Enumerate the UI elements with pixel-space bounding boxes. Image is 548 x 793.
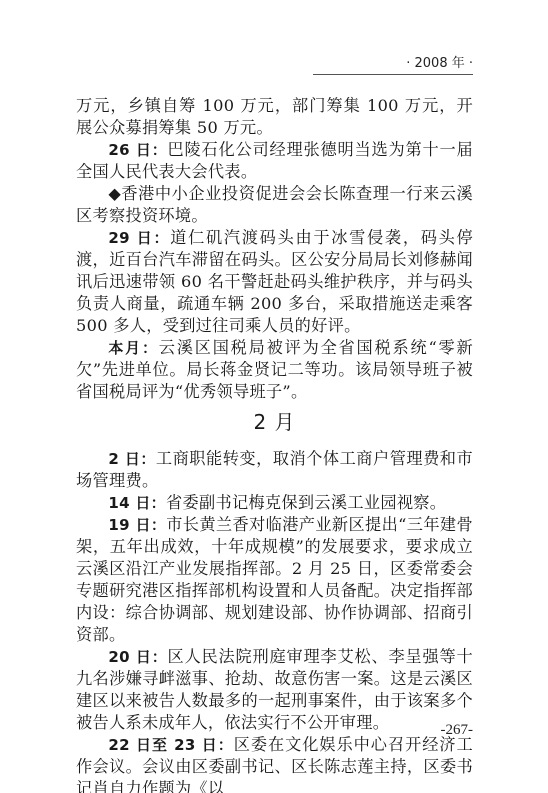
entry-date: 本月： bbox=[108, 339, 158, 357]
entry-date: 22 日至 23 日： bbox=[108, 736, 233, 754]
entry-text: 省委副书记梅克保到云溪工业园视察。 bbox=[166, 493, 446, 512]
entry-jan-26-hk: ◆香港中小企业投资促进会会长陈查理一行来云溪区考察投资环境。 bbox=[76, 183, 473, 227]
running-header: · 2008 年 · bbox=[313, 52, 473, 71]
page-body: 万元，乡镇自筹 100 万元，部门筹集 100 万元，开展公众募捐筹集 50 万… bbox=[76, 95, 473, 793]
entry-date: 14 日： bbox=[108, 494, 166, 512]
month-heading-february: 2 月 bbox=[76, 411, 473, 433]
entry-date: 26 日： bbox=[108, 141, 167, 159]
entry-feb-22-23: 22 日至 23 日：区委在文化娱乐中心召开经济工作会议。会议由区委副书记、区长… bbox=[76, 734, 473, 793]
entry-date: 19 日： bbox=[108, 516, 166, 534]
entry-jan-month: 本月：云溪区国税局被评为全省国税系统“零新欠”先进单位。局长蒋金贤记二等功。该局… bbox=[76, 337, 473, 403]
entry-feb-19: 19 日：市长黄兰香对临港产业新区提出“三年建骨架，五年出成效，十年成规模”的发… bbox=[76, 514, 473, 646]
entry-jan-26: 26 日：巴陵石化公司经理张德明当选为第十一届全国人民代表大会代表。 bbox=[76, 139, 473, 183]
entry-text: ◆香港中小企业投资促进会会长陈查理一行来云溪区考察投资环境。 bbox=[76, 184, 473, 225]
entry-feb-20: 20 日：区人民法院刑庭审理李艾松、李呈强等十九名涉嫌寻衅滋事、抢劫、故意伤害一… bbox=[76, 646, 473, 734]
page-number: -267- bbox=[400, 722, 473, 739]
header-rule bbox=[313, 74, 473, 75]
entry-feb-2: 2 日：工商职能转变，取消个体工商户管理费和市场管理费。 bbox=[76, 448, 473, 492]
entry-date: 2 日： bbox=[108, 450, 156, 468]
entry-date: 29 日： bbox=[108, 229, 170, 247]
entry-feb-14: 14 日：省委副书记梅克保到云溪工业园视察。 bbox=[76, 492, 473, 514]
paragraph-continuation: 万元，乡镇自筹 100 万元，部门筹集 100 万元，开展公众募捐筹集 50 万… bbox=[76, 95, 473, 139]
entry-text: 市长黄兰香对临港产业新区提出“三年建骨架，五年出成效，十年成规模”的发展要求，要… bbox=[76, 515, 473, 644]
entry-jan-29: 29 日：道仁矶汽渡码头由于冰雪侵袭，码头停渡，近百台汽车滞留在码头。区公安分局… bbox=[76, 227, 473, 337]
entry-date: 20 日： bbox=[108, 648, 167, 666]
